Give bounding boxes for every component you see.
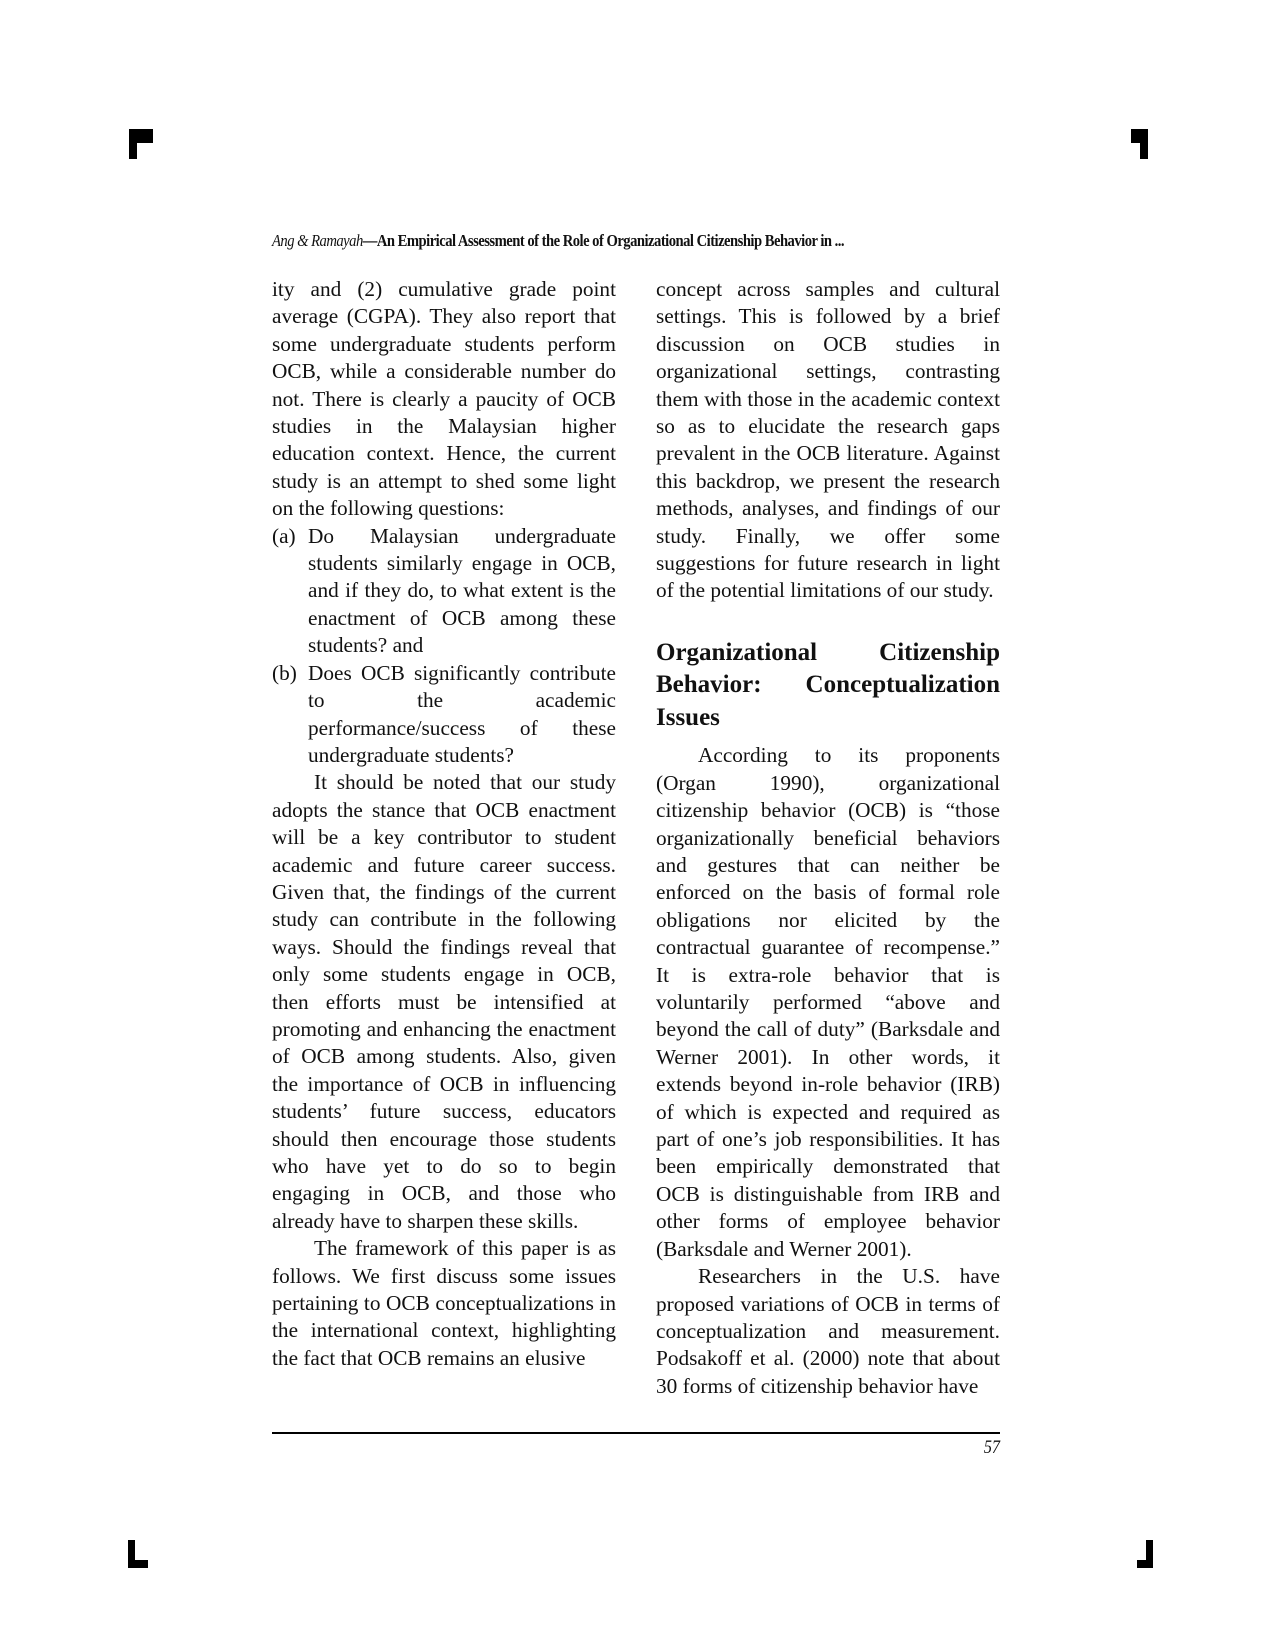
research-question: (b) Does OCB significantly contribute to… <box>272 660 616 770</box>
left-column: ity and (2) cumulative grade point avera… <box>272 276 616 1372</box>
running-head-separator: — <box>363 231 377 250</box>
paragraph: The framework of this paper is as follow… <box>272 1235 616 1372</box>
question-text: Do Malaysian undergraduate students simi… <box>308 524 616 658</box>
page-number: 57 <box>966 1437 1000 1459</box>
crop-mark-bottom-left-icon <box>128 1560 148 1568</box>
running-head-title: An Empirical Assessment of the Role of O… <box>377 231 844 250</box>
running-head: Ang & Ramayah—An Empirical Assessment of… <box>272 231 900 251</box>
right-column: concept across samples and cultural sett… <box>656 276 1000 1400</box>
research-question: (a) Do Malaysian undergraduate students … <box>272 523 616 660</box>
research-questions-list: (a) Do Malaysian undergraduate students … <box>272 523 616 770</box>
paragraph: According to its proponents (Organ 1990)… <box>656 742 1000 1263</box>
running-head-authors: Ang & Ramayah <box>272 231 363 250</box>
crop-mark-bottom-right-icon <box>1137 1560 1153 1568</box>
crop-mark-top-right-icon <box>1140 129 1148 159</box>
paragraph: concept across samples and cultural sett… <box>656 276 1000 605</box>
crop-mark-top-left-icon <box>129 129 137 159</box>
paragraph: Researchers in the U.S. have proposed va… <box>656 1263 1000 1400</box>
question-text: Does OCB significantly contribute to the… <box>308 661 616 767</box>
question-label: (b) <box>272 660 297 687</box>
footer-rule <box>272 1432 1000 1434</box>
question-label: (a) <box>272 523 296 550</box>
section-heading: Organizational Citizenship Behavior: Con… <box>656 637 1000 735</box>
paragraph: It should be noted that our study adopts… <box>272 769 616 1235</box>
paragraph: ity and (2) cumulative grade point avera… <box>272 276 616 523</box>
